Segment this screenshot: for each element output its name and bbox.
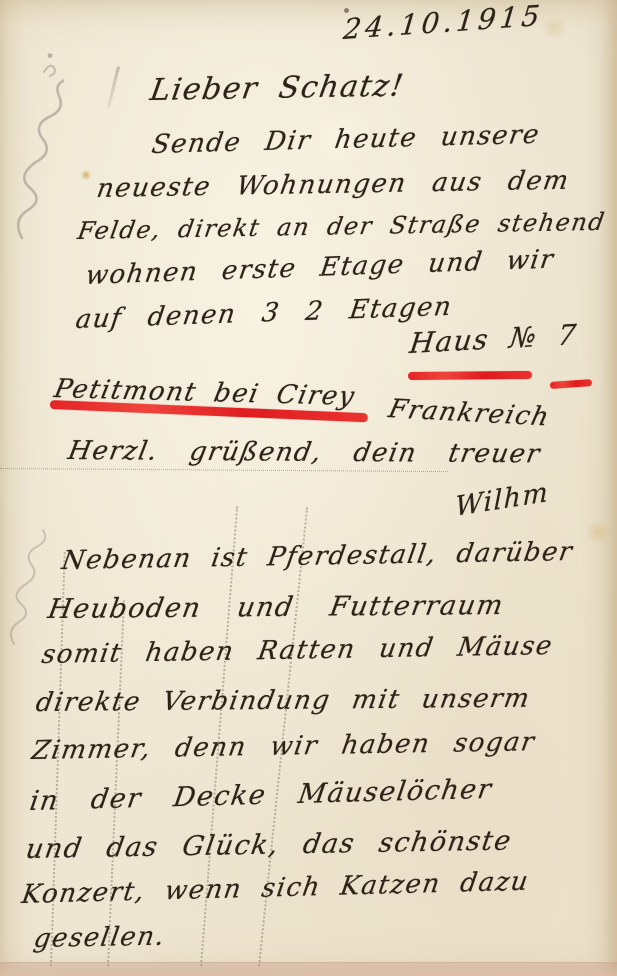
letter-signature: Wilhm	[455, 479, 549, 521]
red-underline-haus	[408, 371, 532, 380]
letter-salutation: Lieber Schatz!	[148, 71, 406, 106]
pencil-stroke	[107, 66, 120, 107]
letter-line: Zimmer, denn wir haben sogar	[30, 729, 537, 764]
paper-stain	[80, 170, 92, 180]
letter-date: 24.10.1915	[342, 2, 545, 44]
address-country: Frankreich	[386, 396, 553, 430]
letter-line: gesellen.	[32, 924, 167, 952]
letter-line: und das Glück, das schönste	[24, 827, 514, 863]
letter-line: Konzert, wenn sich Katzen dazu	[20, 869, 531, 908]
pencil-inscription-top-left	[0, 50, 64, 249]
letter-line: Felde, direkt an der Straße stehend	[76, 210, 607, 243]
paper-edge-bottom	[0, 962, 617, 976]
letter-line: wohnen erste Etage und wir	[84, 246, 556, 289]
letter-line: Sende Dir heute unsere	[150, 122, 542, 158]
pencil-inscription-mid-left	[0, 512, 46, 656]
letter-line: Heuboden und Futterraum	[46, 592, 506, 623]
postcard-letter: 24.10.1915 Lieber Schatz! Sende Dir heut…	[0, 0, 617, 976]
letter-line: Nebenan ist Pferdestall, darüber	[60, 539, 575, 574]
letter-line: auf denen 3 2 Etagen	[74, 294, 454, 333]
letter-line: somit haben Ratten und Mäuse	[40, 633, 555, 668]
paper-edge-right	[601, 0, 617, 976]
crease-line-horizontal	[0, 468, 448, 472]
letter-line: in der Decke Mäuselöcher	[28, 776, 494, 815]
letter-line: neueste Wohnungen aus dem	[95, 168, 571, 202]
red-underline-7	[550, 379, 592, 389]
letter-closing: Herzl. grüßend, dein treuer	[66, 438, 543, 467]
letter-line: direkte Verbindung mit unserm	[34, 686, 532, 716]
address-house-number: Haus № 7	[408, 321, 579, 358]
paper-stain	[538, 18, 570, 38]
